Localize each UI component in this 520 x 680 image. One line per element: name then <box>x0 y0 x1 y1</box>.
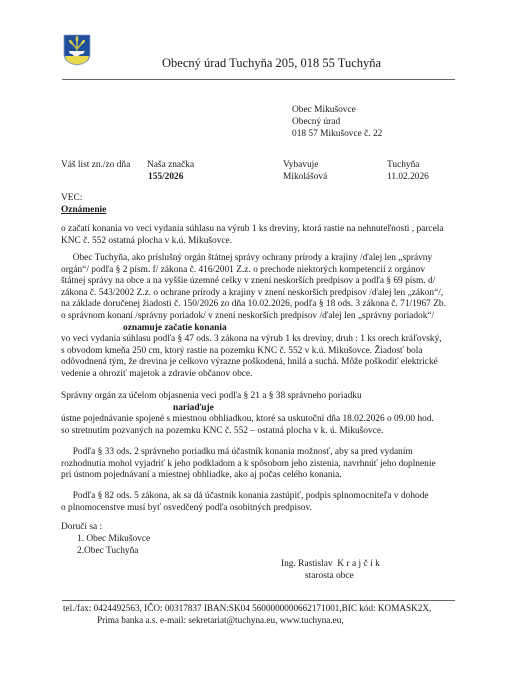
body-line: rozhodnutia mohol vyjadriť k jeho podkla… <box>61 459 461 471</box>
body-line: štátnej správy na obce a na vyššie územn… <box>61 276 461 288</box>
subject-line: o začatí konania vo veci vydania súhlasu… <box>61 224 461 236</box>
body-line: pri ústnom pojednávaní a miestnej obhlia… <box>61 470 461 482</box>
body-line: ústne pojednávanie spojené s miestnou ob… <box>61 414 461 426</box>
recipient-line-2: Obecný úrad <box>292 117 340 129</box>
footer-line-2: Prima banka a.s. e-mail: sekretariat@tuc… <box>97 615 344 627</box>
place-label: Tuchyňa <box>387 160 419 172</box>
subject-title: Oznámenie <box>61 205 106 217</box>
body-line: Podľa § 33 ods. 2 správneho poriadku má … <box>61 447 461 459</box>
body-line: vedenie a ohroziť majetok a zdravie obča… <box>61 369 461 381</box>
announces-heading: oznamuje začatie konania <box>61 323 461 335</box>
recipient-line-3: 018 57 Mikušovce č. 22 <box>292 129 382 141</box>
body-paragraph-4: Podľa § 33 ods. 2 správneho poriadku má … <box>61 447 461 482</box>
coat-of-arms-icon <box>63 34 91 66</box>
handled-by-value: Mikolášová <box>283 172 327 184</box>
signature-name: Ing. Rastislav Krajčík <box>281 559 382 571</box>
delivery-item-1: 1. Obec Mikušovce <box>77 534 150 546</box>
signature-role: starosta obce <box>305 571 354 583</box>
body-line: o plnomocenstve musí byť osvedčený podľa… <box>61 503 461 515</box>
our-ref-label: Naša značka <box>147 160 194 172</box>
body-line: Správny orgán za účelom objasnenia veci … <box>61 391 461 403</box>
body-line: o správnom konaní /správny poriadok/ v z… <box>61 311 461 323</box>
body-paragraph-1: Obec Tuchyňa, ako príslušný orgán štátne… <box>61 253 461 381</box>
body-line: so stretnutím pozvaných na pozemku KNC č… <box>61 426 461 438</box>
delivery-item-2: 2.Obec Tuchyňa <box>77 546 138 558</box>
date-value: 11.02.2026 <box>387 172 429 184</box>
header-divider <box>62 79 455 80</box>
handled-by-label: Vybavuje <box>283 160 318 172</box>
header-title: Obecný úrad Tuchyňa 205, 018 55 Tuchyňa <box>162 56 381 71</box>
signature-surname: Krajčík <box>337 559 382 569</box>
body-line: Podľa § 82 ods. 5 zákona, ak sa dá účast… <box>61 491 461 503</box>
orders-heading: nariaďuje <box>61 403 461 415</box>
body-line: s obvodom kmeňa 250 cm, ktorý rastie na … <box>61 346 461 358</box>
recipient-line-1: Obec Mikušovce <box>292 105 356 117</box>
subject-label: VEC: <box>61 193 82 205</box>
body-line: orgán“/ podľa § 2 písm. f/ zákona č. 416… <box>61 265 461 277</box>
footer-line-1: tel./fax: 0424492563, IČO: 00317837 IBAN… <box>63 603 431 615</box>
footer-divider <box>62 600 455 601</box>
body-paragraph-5: Podľa § 82 ods. 5 zákona, ak sa dá účast… <box>61 491 461 514</box>
body-line: Obec Tuchyňa, ako príslušný orgán štátne… <box>61 253 461 265</box>
body-line: odôvodnená tým, že drevina je celkovo vý… <box>61 357 461 369</box>
our-ref-value: 155/2026 <box>148 172 183 184</box>
body-line: zákona č. 543/2002 Z.z. o ochrane prírod… <box>61 288 461 300</box>
body-paragraph-3: Správny orgán za účelom objasnenia veci … <box>61 391 461 437</box>
subject-line: KNC č. 552 ostatná plocha v k.ú. Mikušov… <box>61 236 461 248</box>
body-line: na základe doručenej žiadosti č. 150/202… <box>61 299 461 311</box>
delivery-label: Doručí sa : <box>61 522 102 534</box>
your-letter-label: Váš list zn./zo dňa <box>61 160 130 172</box>
body-line: vo veci vydania súhlasu podľa § 47 ods. … <box>61 334 461 346</box>
signature-prefix: Ing. Rastislav <box>281 559 337 569</box>
subject-text: o začatí konania vo veci vydania súhlasu… <box>61 224 461 247</box>
